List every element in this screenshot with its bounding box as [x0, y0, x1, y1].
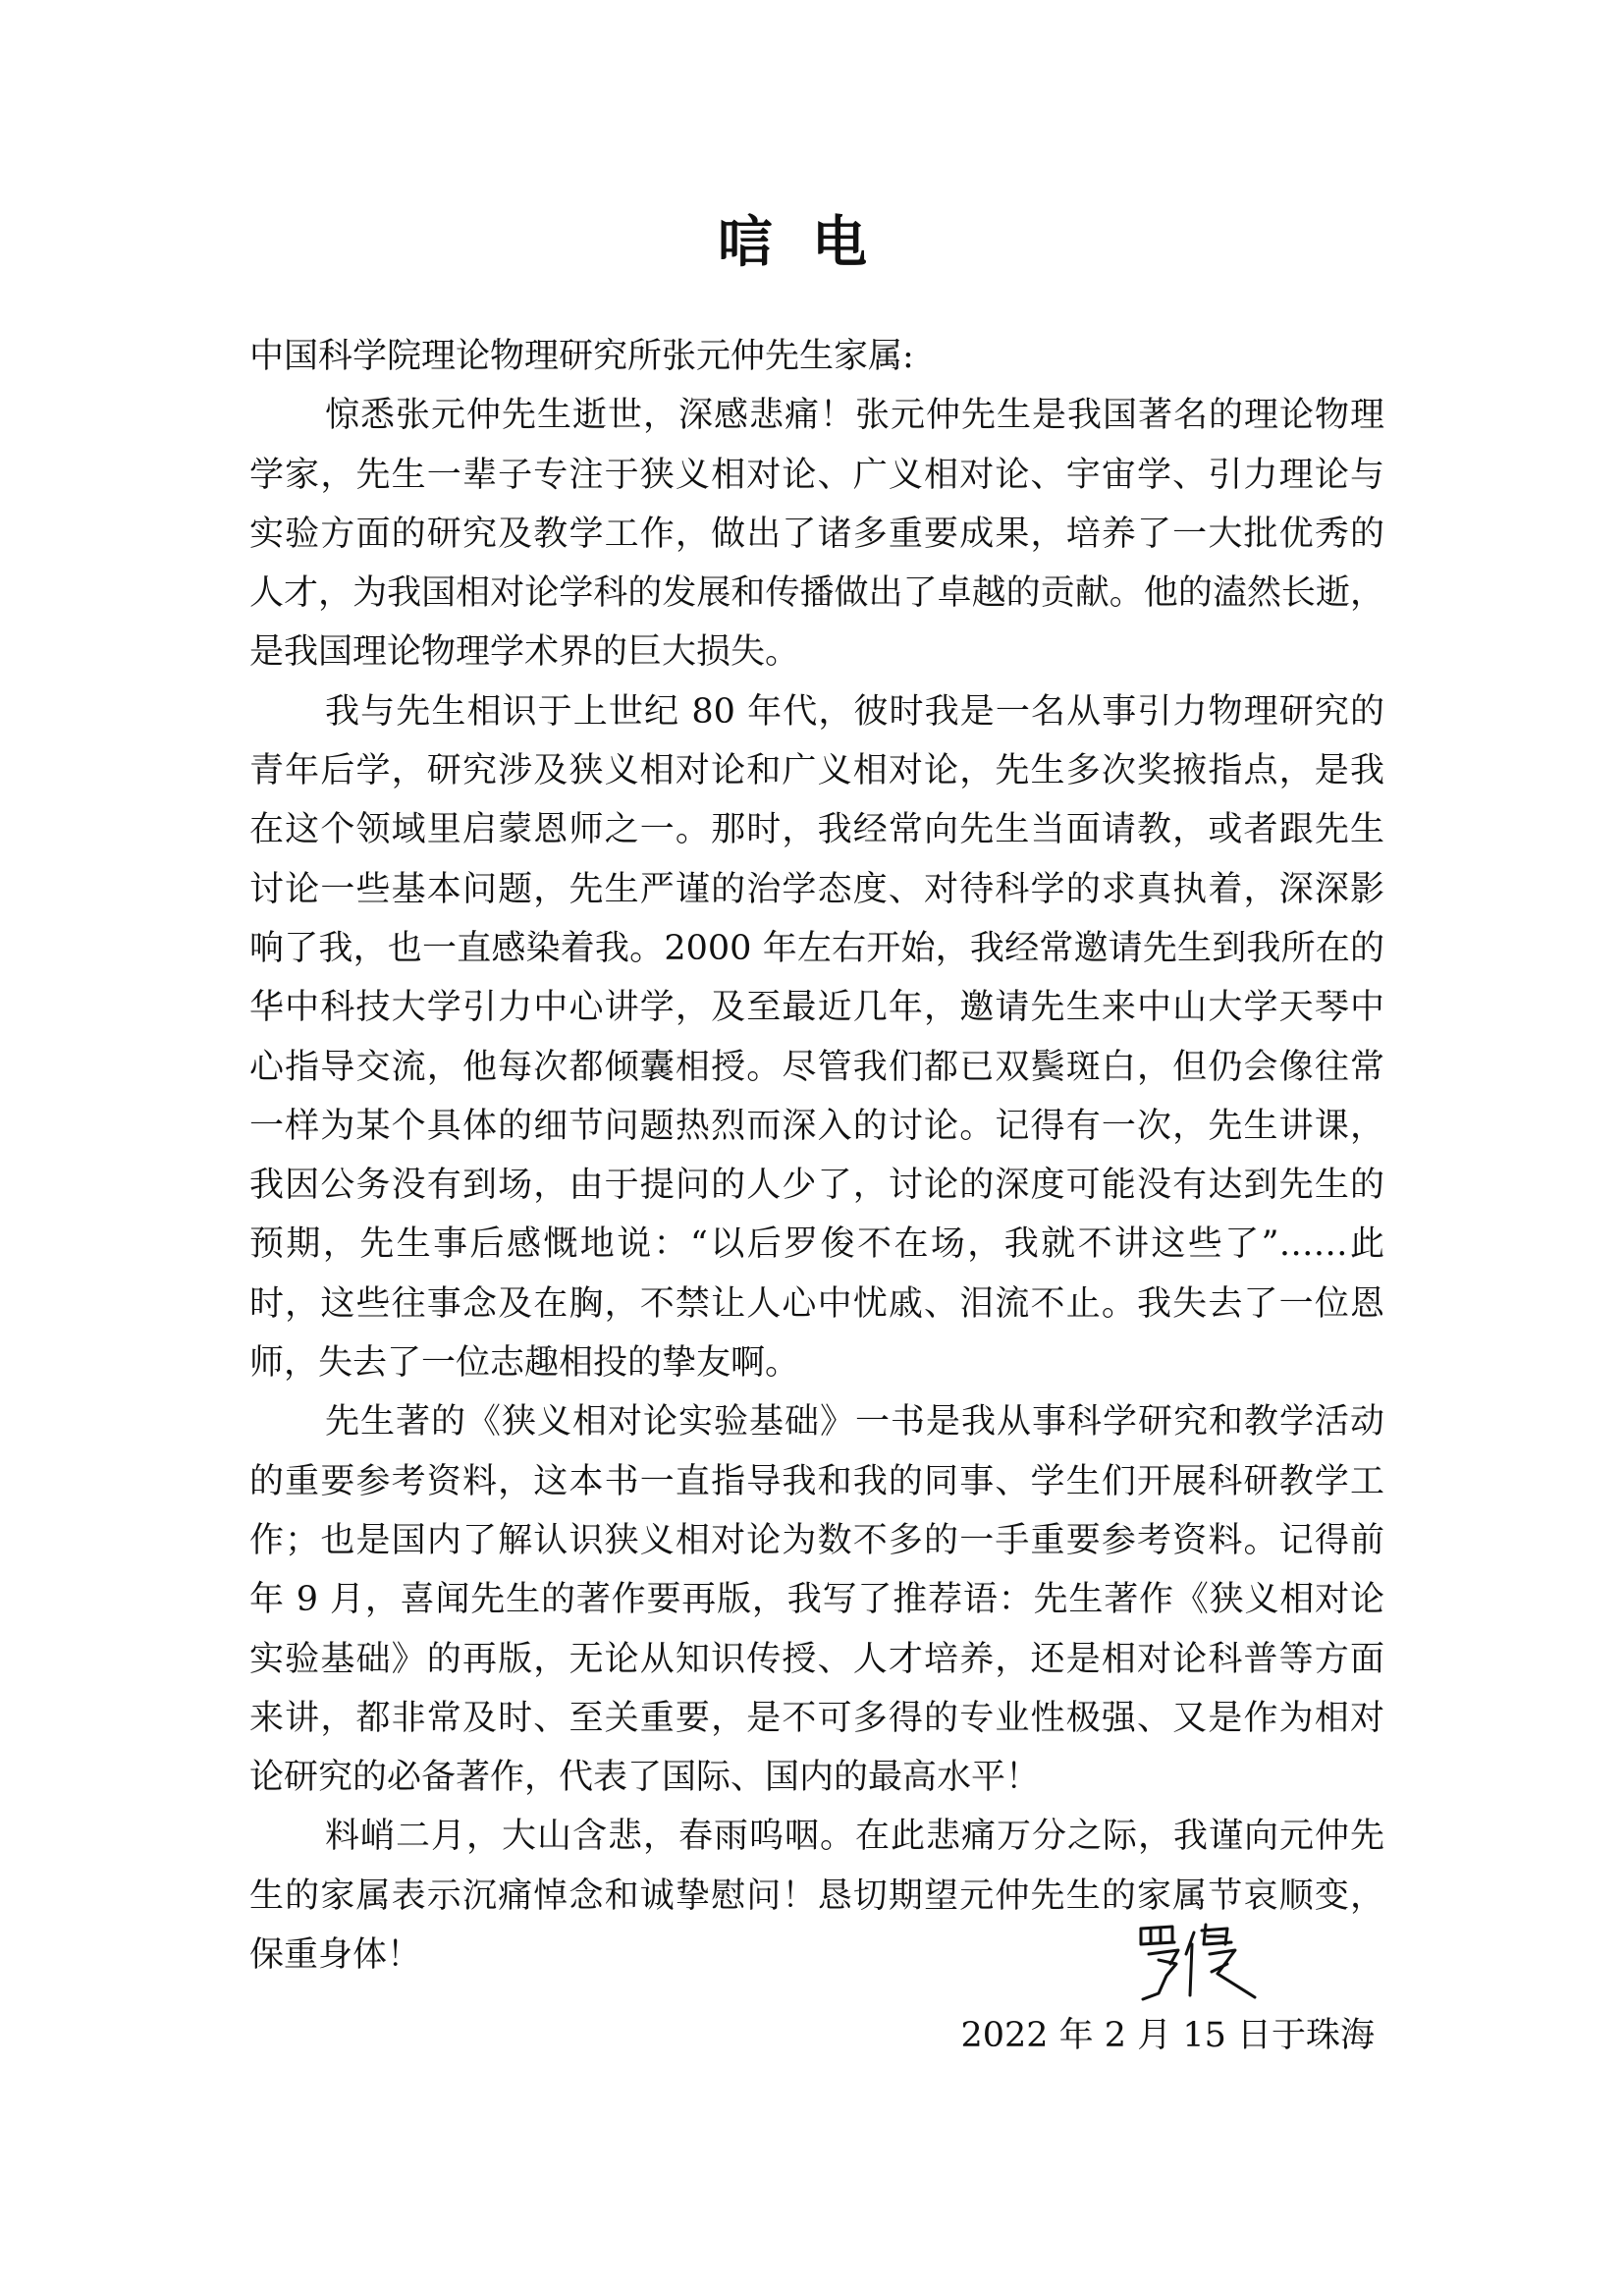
date-place: 2022 年 2 月 15 日于珠海 — [960, 2011, 1375, 2060]
handwritten-signature — [1129, 1915, 1267, 2003]
text-line: 的重要参考资料，这本书一直指导我和我的同事、学生们开展科研教学工 — [249, 1452, 1384, 1511]
text-line: 惊悉张元仲先生逝世，深感悲痛！张元仲先生是我国著名的理论物理 — [249, 386, 1384, 445]
document-title: 唁电 — [0, 208, 1624, 277]
text-line: 青年后学，研究涉及狭义相对论和广义相对论，先生多次奖掖指点，是我 — [249, 741, 1384, 800]
text-line: 人才，为我国相对论学科的发展和传播做出了卓越的贡献。他的溘然长逝， — [249, 564, 1384, 623]
text-line: 学家，先生一辈子专注于狭义相对论、广义相对论、宇宙学、引力理论与 — [249, 446, 1384, 505]
signature-icon — [1129, 1915, 1267, 2003]
text-line: 预期，先生事后感慨地说：“以后罗俊不在场，我就不讲这些了”……此 — [249, 1215, 1384, 1274]
text-line: 我与先生相识于上世纪 80 年代，彼时我是一名从事引力物理研究的 — [249, 682, 1384, 741]
text-line: 时，这些往事念及在胸，不禁让人心中忧戚、泪流不止。我失去了一位恩 — [249, 1275, 1384, 1333]
text-line: 论研究的必备著作，代表了国际、国内的最高水平！ — [249, 1748, 1384, 1807]
text-line: 实验方面的研究及教学工作，做出了诸多重要成果，培养了一大批优秀的 — [249, 505, 1384, 564]
paragraph-3: 先生著的《狭义相对论实验基础》一书是我从事科学研究和教学活动 的重要参考资料，这… — [249, 1392, 1384, 1807]
text-line: 年 9 月，喜闻先生的著作要再版，我写了推荐语：先生著作《狭义相对论 — [249, 1570, 1384, 1629]
text-line: 华中科技大学引力中心讲学，及至最近几年，邀请先生来中山大学天琴中 — [249, 978, 1384, 1037]
text-line: 是我国理论物理学术界的巨大损失。 — [249, 623, 1384, 681]
text-line: 响了我，也一直感染着我。2000 年左右开始，我经常邀请先生到我所在的 — [249, 919, 1384, 978]
text-line: 料峭二月，大山含悲，春雨呜咽。在此悲痛万分之际，我谨向元仲先 — [249, 1807, 1384, 1866]
text-line: 来讲，都非常及时、至关重要，是不可多得的专业性极强、又是作为相对 — [249, 1689, 1384, 1748]
text-line: 师，失去了一位志趣相投的挚友啊。 — [249, 1333, 1384, 1392]
paragraph-2: 我与先生相识于上世纪 80 年代，彼时我是一名从事引力物理研究的 青年后学，研究… — [249, 682, 1384, 1393]
salutation: 中国科学院理论物理研究所张元仲先生家属: — [249, 327, 1384, 386]
text-line: 先生著的《狭义相对论实验基础》一书是我从事科学研究和教学活动 — [249, 1392, 1384, 1451]
letter-body: 中国科学院理论物理研究所张元仲先生家属: 惊悉张元仲先生逝世，深感悲痛！张元仲先… — [249, 327, 1384, 1985]
paragraph-1: 惊悉张元仲先生逝世，深感悲痛！张元仲先生是我国著名的理论物理 学家，先生一辈子专… — [249, 386, 1384, 681]
text-line: 一样为某个具体的细节问题热烈而深入的讨论。记得有一次，先生讲课， — [249, 1097, 1384, 1156]
text-line: 讨论一些基本问题，先生严谨的治学态度、对待科学的求真执着，深深影 — [249, 860, 1384, 919]
text-line: 实验基础》的再版，无论从知识传授、人才培养，还是相对论科普等方面 — [249, 1630, 1384, 1689]
text-line: 在这个领域里启蒙恩师之一。那时，我经常向先生当面请教，或者跟先生 — [249, 800, 1384, 859]
text-line: 心指导交流，他每次都倾囊相授。尽管我们都已双鬓斑白，但仍会像往常 — [249, 1038, 1384, 1097]
text-line: 我因公务没有到场，由于提问的人少了，讨论的深度可能没有达到先生的 — [249, 1156, 1384, 1215]
text-line: 作；也是国内了解认识狭义相对论为数不多的一手重要参考资料。记得前 — [249, 1511, 1384, 1570]
